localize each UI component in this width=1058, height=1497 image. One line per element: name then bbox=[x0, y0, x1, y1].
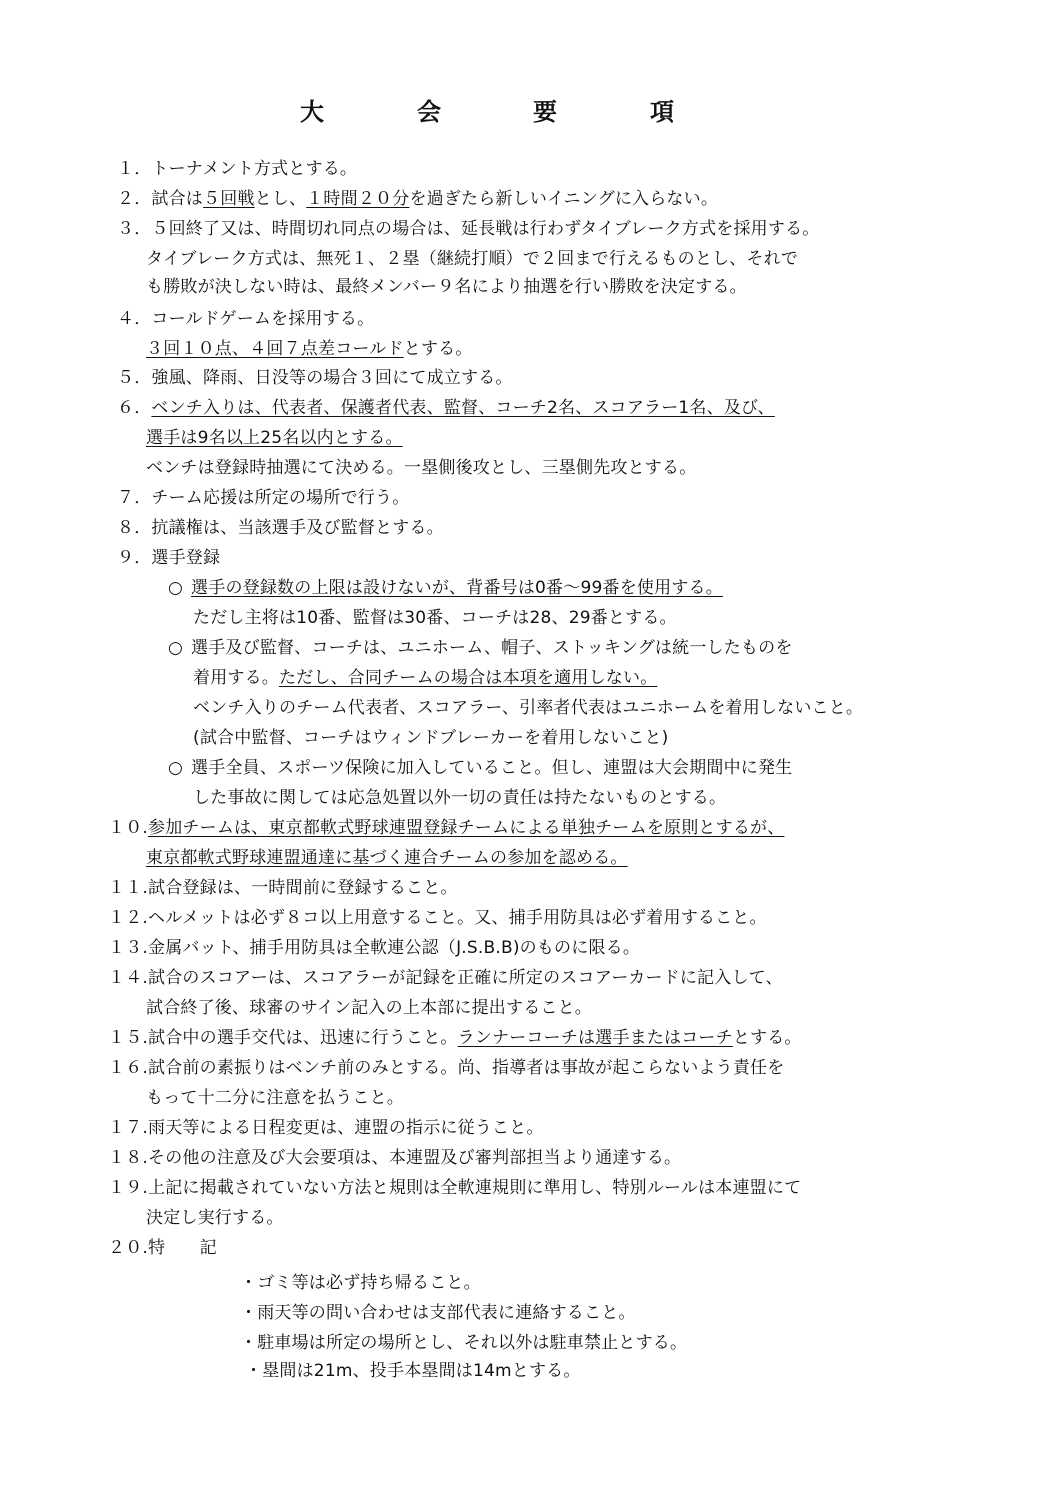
item-number: ９． bbox=[117, 548, 151, 568]
underlined-text: 東京都軟式野球連盟通達に基づく連合チームの参加を認める。 bbox=[146, 848, 628, 868]
line-text: ５回終了又は、時間切れ同点の場合は、延長戦は行わずタイブレーク方式を採用する。 bbox=[151, 219, 819, 239]
rule-line: した事故に関しては応急処置以外一切の責任は持たないものとする。 bbox=[193, 787, 726, 809]
line-text: 金属バット、捕手用防具は全軟連公認（J.S.B.B)のものに限る。 bbox=[148, 938, 640, 958]
rule-line: 決定し実行する。 bbox=[146, 1207, 284, 1229]
item-number: ２． bbox=[117, 189, 151, 209]
rule-line: 着用する。ただし、合同チームの場合は本項を適用しない。 bbox=[193, 667, 657, 689]
rule-line: １．トーナメント方式とする。 bbox=[117, 158, 357, 180]
rule-line: ７．チーム応援は所定の場所で行う。 bbox=[117, 487, 409, 509]
title-char: 要 bbox=[533, 92, 557, 127]
line-text: した事故に関しては応急処置以外一切の責任は持たないものとする。 bbox=[193, 788, 726, 808]
line-text: 試合のスコアーは、スコアラーが記録を正確に所定のスコアーカードに記入して、 bbox=[148, 968, 783, 988]
rule-line: １４.試合のスコアーは、スコアラーが記録を正確に所定のスコアーカードに記入して、 bbox=[108, 967, 783, 989]
rule-line: ５．強風、降雨、日没等の場合３回にて成立する。 bbox=[117, 367, 513, 389]
line-text: ヘルメットは必ず８コ以上用意すること。又、捕手用防具は必ず着用すること。 bbox=[148, 908, 767, 928]
line-text: 上記に掲載されていない方法と規則は全軟連規則に準用し、特別ルールは本連盟にて bbox=[148, 1178, 801, 1198]
line-text: その他の注意及び大会要項は、本連盟及び審判部担当より通達する。 bbox=[148, 1148, 681, 1168]
item-number: ７． bbox=[117, 488, 151, 508]
line-text: もって十二分に注意を払うこと。 bbox=[146, 1088, 404, 1108]
bullet-icon: ○ bbox=[168, 578, 183, 598]
item-number: １５. bbox=[108, 1028, 148, 1048]
line-text: ベンチ入りのチーム代表者、スコアラー、引率者代表はユニホームを着用しないこと。 bbox=[193, 698, 863, 718]
rule-line: １１.試合登録は、一時間前に登録すること。 bbox=[108, 877, 458, 899]
line-text: ベンチは登録時抽選にて決める。一塁側後攻とし、三塁側先攻とする。 bbox=[146, 458, 696, 478]
underlined-text: ただし、合同チームの場合は本項を適用しない。 bbox=[279, 668, 657, 688]
underlined-text: １時間２０分 bbox=[306, 189, 409, 209]
rule-line: 試合終了後、球審のサイン記入の上本部に提出すること。 bbox=[146, 997, 592, 1019]
rule-line: ６．ベンチ入りは、代表者、保護者代表、監督、コーチ2名、スコアラー1名、及び、 bbox=[117, 397, 775, 419]
rule-line: ９．選手登録 bbox=[117, 547, 220, 569]
underlined-text: ３回１０点、４回７点差コールド bbox=[146, 339, 404, 359]
line-text: とする。 bbox=[733, 1028, 802, 1048]
line-text: とし、 bbox=[255, 189, 307, 209]
rule-line: ○選手及び監督、コーチは、ユニホーム、帽子、ストッキングは統一したものを bbox=[168, 637, 793, 659]
rule-line: ・駐車場は所定の場所とし、それ以外は駐車禁止とする。 bbox=[240, 1332, 687, 1354]
rule-line: ３回１０点、４回７点差コールドとする。 bbox=[146, 338, 472, 360]
line-text: 選手及び監督、コーチは、ユニホーム、帽子、ストッキングは統一したものを bbox=[191, 638, 793, 658]
line-text: とする。 bbox=[404, 339, 473, 359]
line-text: タイブレーク方式は、無死１、２塁（継続打順）で２回まで行えるものとし、それで bbox=[146, 249, 798, 269]
item-number: １２. bbox=[108, 908, 148, 928]
rule-line: １２.ヘルメットは必ず８コ以上用意すること。又、捕手用防具は必ず着用すること。 bbox=[108, 907, 767, 929]
underlined-text: 選手の登録数の上限は設けないが、背番号は0番～99番を使用する。 bbox=[191, 578, 723, 598]
line-text: 強風、降雨、日没等の場合３回にて成立する。 bbox=[151, 368, 512, 388]
item-number: １７. bbox=[108, 1118, 148, 1138]
rule-line: 東京都軟式野球連盟通達に基づく連合チームの参加を認める。 bbox=[146, 847, 628, 869]
line-text: 試合終了後、球審のサイン記入の上本部に提出すること。 bbox=[146, 998, 592, 1018]
item-number: １３. bbox=[108, 938, 148, 958]
rule-line: ３．５回終了又は、時間切れ同点の場合は、延長戦は行わずタイブレーク方式を採用する… bbox=[117, 218, 819, 240]
rule-line: １５.試合中の選手交代は、迅速に行うこと。ランナーコーチは選手またはコーチとする… bbox=[108, 1027, 802, 1049]
item-number: ３． bbox=[117, 219, 151, 239]
underlined-text: ベンチ入りは、代表者、保護者代表、監督、コーチ2名、スコアラー1名、及び、 bbox=[151, 398, 774, 418]
line-text: 選手登録 bbox=[151, 548, 220, 568]
rule-line: ただし主将は10番、監督は30番、コーチは28、29番とする。 bbox=[193, 607, 677, 629]
item-number: ６． bbox=[117, 398, 151, 418]
line-text: を過ぎたら新しいイニングに入らない。 bbox=[409, 189, 718, 209]
underlined-text: ランナーコーチは選手またはコーチ bbox=[458, 1028, 733, 1048]
item-number: １． bbox=[117, 159, 151, 179]
line-text: ・ゴミ等は必ず持ち帰ること。 bbox=[240, 1273, 481, 1293]
item-number: １６. bbox=[108, 1058, 148, 1078]
rule-line: ・雨天等の問い合わせは支部代表に連絡すること。 bbox=[240, 1302, 636, 1324]
document-title: 大 会 要 項 bbox=[0, 92, 1058, 126]
rule-line: ・塁間は21m、投手本塁間は14mとする。 bbox=[245, 1360, 581, 1382]
rule-line: ２０.特 記 bbox=[108, 1237, 217, 1259]
rule-line: ベンチは登録時抽選にて決める。一塁側後攻とし、三塁側先攻とする。 bbox=[146, 457, 696, 479]
rule-line: タイブレーク方式は、無死１、２塁（継続打順）で２回まで行えるものとし、それで bbox=[146, 248, 798, 270]
title-char: 会 bbox=[417, 92, 441, 127]
rule-line: ○選手の登録数の上限は設けないが、背番号は0番～99番を使用する。 bbox=[168, 577, 723, 599]
item-number: ５． bbox=[117, 368, 151, 388]
item-number: ２０. bbox=[108, 1238, 148, 1258]
line-text: ・雨天等の問い合わせは支部代表に連絡すること。 bbox=[240, 1303, 636, 1323]
bullet-icon: ○ bbox=[168, 638, 183, 658]
line-text: 試合登録は、一時間前に登録すること。 bbox=[148, 878, 458, 898]
title-char: 大 bbox=[300, 92, 324, 127]
line-text: ・駐車場は所定の場所とし、それ以外は駐車禁止とする。 bbox=[240, 1333, 687, 1353]
line-text: 試合前の素振りはベンチ前のみとする。尚、指導者は事故が起こらないよう責任を bbox=[148, 1058, 784, 1078]
line-text: 抗議権は、当該選手及び監督とする。 bbox=[151, 518, 443, 538]
item-number: １０. bbox=[108, 818, 148, 838]
line-text: も勝敗が決しない時は、最終メンバー９名により抽選を行い勝敗を決定する。 bbox=[146, 277, 747, 297]
line-text: (試合中監督、コーチはウィンドブレーカーを着用しないこと) bbox=[193, 728, 669, 748]
item-number: １４. bbox=[108, 968, 148, 988]
line-text: 決定し実行する。 bbox=[146, 1208, 284, 1228]
item-number: １１. bbox=[108, 878, 148, 898]
underlined-text: ５回戦 bbox=[203, 189, 255, 209]
underlined-text: 選手は9名以上25名以内とする。 bbox=[146, 428, 403, 448]
rule-line: ８．抗議権は、当該選手及び監督とする。 bbox=[117, 517, 444, 539]
rule-line: 選手は9名以上25名以内とする。 bbox=[146, 427, 403, 449]
rule-line: もって十二分に注意を払うこと。 bbox=[146, 1087, 404, 1109]
rule-line: ベンチ入りのチーム代表者、スコアラー、引率者代表はユニホームを着用しないこと。 bbox=[193, 697, 863, 719]
item-number: １８. bbox=[108, 1148, 148, 1168]
rule-line: (試合中監督、コーチはウィンドブレーカーを着用しないこと) bbox=[193, 727, 669, 749]
item-number: １９. bbox=[108, 1178, 148, 1198]
rule-line: ２．試合は５回戦とし、１時間２０分を過ぎたら新しいイニングに入らない。 bbox=[117, 188, 718, 210]
title-char: 項 bbox=[650, 92, 674, 127]
rule-line: ○選手全員、スポーツ保険に加入していること。但し、連盟は大会期間中に発生 bbox=[168, 757, 792, 779]
rule-line: １７.雨天等による日程変更は、連盟の指示に従うこと。 bbox=[108, 1117, 544, 1139]
line-text: 着用する。 bbox=[193, 668, 279, 688]
underlined-text: 参加チームは、東京都軟式野球連盟登録チームによる単独チームを原則とするが、 bbox=[148, 818, 784, 838]
rule-line: も勝敗が決しない時は、最終メンバー９名により抽選を行い勝敗を決定する。 bbox=[146, 276, 747, 298]
line-text: 特 記 bbox=[148, 1238, 217, 1258]
rule-line: ・ゴミ等は必ず持ち帰ること。 bbox=[240, 1272, 481, 1294]
rule-line: ４．コールドゲームを採用する。 bbox=[117, 308, 374, 330]
rule-line: １６.試合前の素振りはベンチ前のみとする。尚、指導者は事故が起こらないよう責任を bbox=[108, 1057, 784, 1079]
rule-line: １８.その他の注意及び大会要項は、本連盟及び審判部担当より通達する。 bbox=[108, 1147, 681, 1169]
line-text: 選手全員、スポーツ保険に加入していること。但し、連盟は大会期間中に発生 bbox=[191, 758, 792, 778]
item-number: ８． bbox=[117, 518, 151, 538]
line-text: チーム応援は所定の場所で行う。 bbox=[151, 488, 409, 508]
line-text: ただし主将は10番、監督は30番、コーチは28、29番とする。 bbox=[193, 608, 677, 628]
line-text: コールドゲームを採用する。 bbox=[151, 309, 374, 329]
line-text: 雨天等による日程変更は、連盟の指示に従うこと。 bbox=[148, 1118, 544, 1138]
line-text: トーナメント方式とする。 bbox=[151, 159, 357, 179]
line-text: 試合中の選手交代は、迅速に行うこと。 bbox=[148, 1028, 458, 1048]
item-number: ４． bbox=[117, 309, 151, 329]
rule-line: １０.参加チームは、東京都軟式野球連盟登録チームによる単独チームを原則とするが、 bbox=[108, 817, 784, 839]
rule-line: １９.上記に掲載されていない方法と規則は全軟連規則に準用し、特別ルールは本連盟に… bbox=[108, 1177, 801, 1199]
bullet-icon: ○ bbox=[168, 758, 183, 778]
line-text: 試合は bbox=[151, 189, 203, 209]
rule-line: １３.金属バット、捕手用防具は全軟連公認（J.S.B.B)のものに限る。 bbox=[108, 937, 640, 959]
line-text: ・塁間は21m、投手本塁間は14mとする。 bbox=[245, 1361, 581, 1381]
